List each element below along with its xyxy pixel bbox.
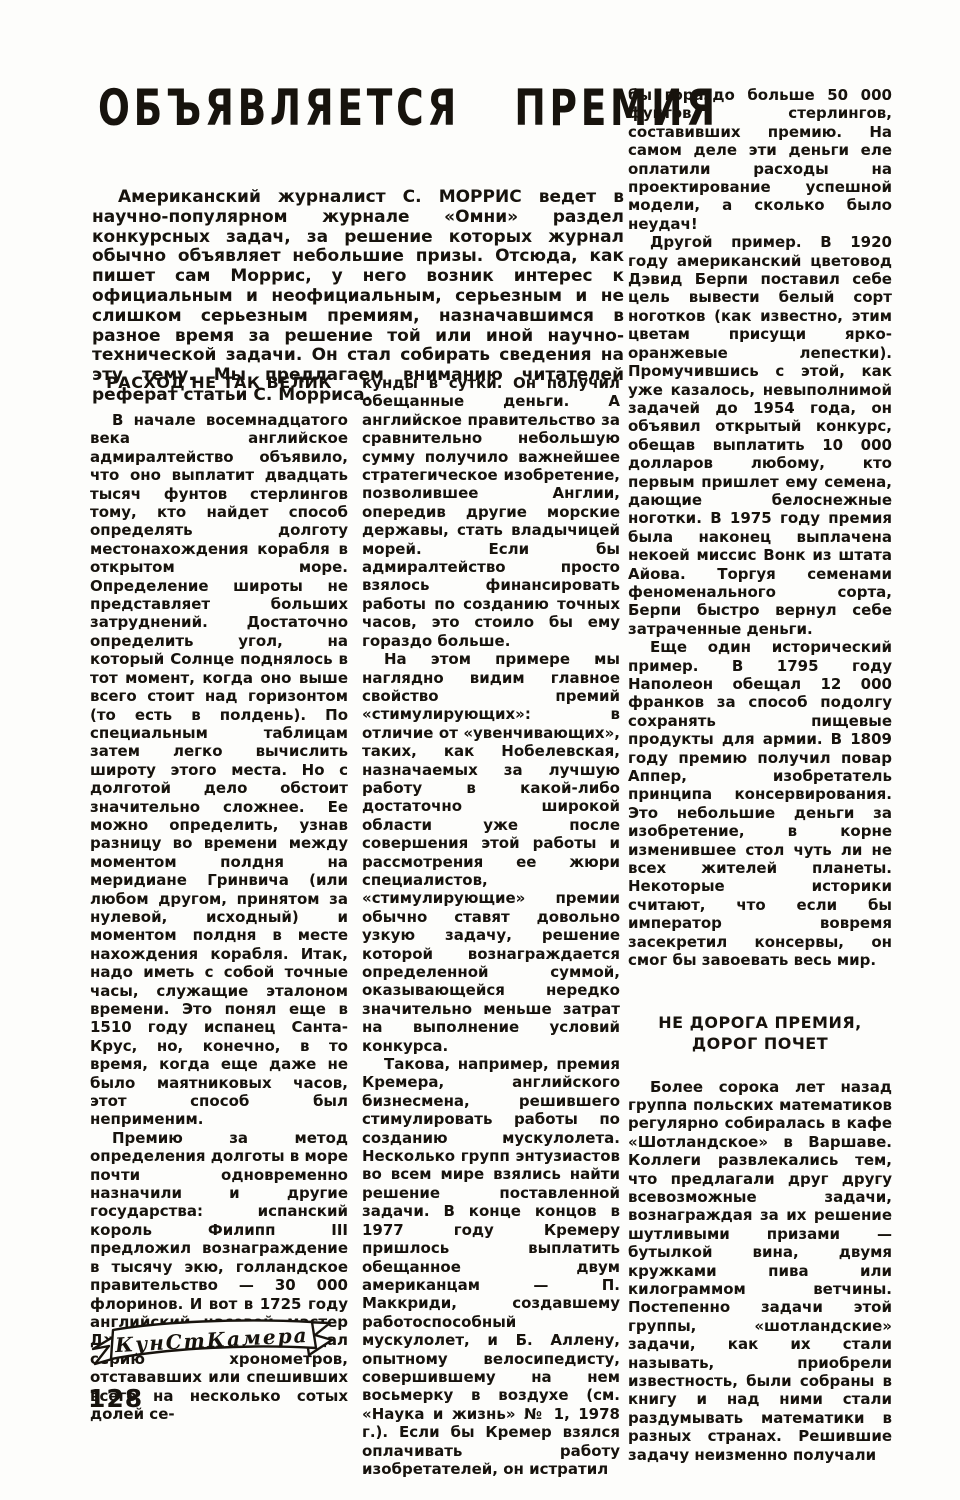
paragraph: кунды в сутки. Он получил обещанные день…	[362, 374, 620, 650]
paragraph: бы гораздо больше 50 000 фунтов стерлинг…	[628, 86, 892, 233]
paragraph: В начале восемнадцатого века английское …	[90, 411, 348, 1129]
paragraph: Еще один исторический пример. В 1795 год…	[628, 638, 892, 969]
paragraph: Такова, например, премия Кремера, англий…	[362, 1055, 620, 1478]
kunstkamera-ribbon-icon: КунСтКамера	[88, 1316, 336, 1376]
magazine-page: ОБЪЯВЛЯЕТСЯ ПРЕМИЯ Американский журналис…	[0, 0, 960, 1500]
column-left: РАСХОД НЕ ТАК ВЕЛИК В начале восемнадцат…	[90, 372, 348, 1423]
section-heading-honor: НЕ ДОРОГА ПРЕМИЯ, ДОРОГ ПОЧЕТ	[642, 1012, 878, 1054]
page-number: 128	[88, 1384, 143, 1413]
paragraph: Более сорока лет назад группа польских м…	[628, 1078, 892, 1465]
paragraph: На этом примере мы наглядно видим главно…	[362, 650, 620, 1055]
column-middle: кунды в сутки. Он получил обещанные день…	[362, 374, 620, 1478]
article-title-text: ОБЪЯВЛЯЕТСЯ ПРЕМИЯ	[98, 80, 719, 136]
paragraph: Премию за метод определения долготы в мо…	[90, 1129, 348, 1424]
paragraph: Другой пример. В 1920 году американский …	[628, 233, 892, 638]
section-heading-expense: РАСХОД НЕ ТАК ВЕЛИК	[90, 372, 348, 393]
column-right: бы гораздо больше 50 000 фунтов стерлинг…	[628, 86, 892, 1464]
kunstkamera-ribbon: КунСтКамера	[88, 1316, 336, 1376]
